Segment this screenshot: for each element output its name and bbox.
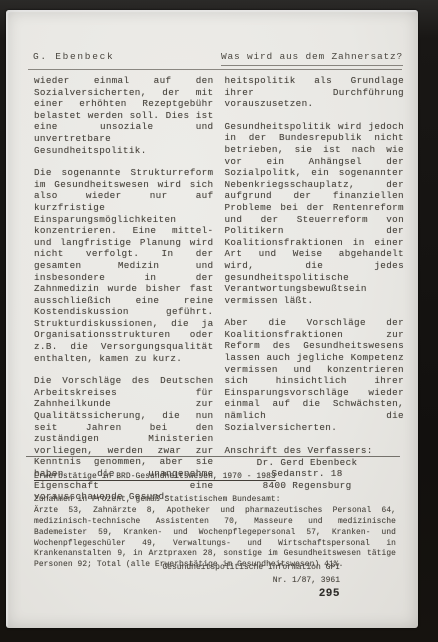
page-number: 295 <box>162 588 340 601</box>
header-author: G. Ebenbeck <box>33 51 114 62</box>
header-article-title: Was wird aus dem Zahnersatz? <box>221 51 403 66</box>
article-body: wieder einmal auf den Sozialversicherten… <box>34 75 404 514</box>
header-rule <box>28 69 402 70</box>
stats-intro: Zunahmen in Prozent, gemäß Statistischem… <box>34 495 396 506</box>
stats-section: Erwerbstätige in BRD-Gesundheitswesen, 1… <box>34 472 396 571</box>
paragraph: heitspolitik als Grundlage ihrer Durchfü… <box>225 75 405 110</box>
paragraph: wieder einmal auf den Sozialversicherten… <box>34 75 214 156</box>
article-left-column: wieder einmal auf den Sozialversicherten… <box>34 75 214 514</box>
journal-name: Gesundheitspolitische Information GPI <box>162 562 340 575</box>
article-right-column: heitspolitik als Grundlage ihrer Durchfü… <box>225 75 405 514</box>
scanned-paper: G. Ebenbeck Was wird aus dem Zahnersatz?… <box>6 10 418 628</box>
page-header: G. Ebenbeck Was wird aus dem Zahnersatz? <box>33 51 403 66</box>
paragraph: Gesundheitspolitik wird jedoch in der Bu… <box>225 121 405 307</box>
stats-heading: Erwerbstätige in BRD-Gesundheitswesen, 1… <box>34 472 396 483</box>
section-divider-rule <box>26 456 400 457</box>
paragraph: Die sogenannte Strukturreform im Gesundh… <box>34 167 214 364</box>
issue-number: Nr. 1/87, 3961 <box>162 575 340 588</box>
paragraph: Aber die Vorschläge der Koalitionsfrakti… <box>225 317 405 433</box>
journal-footer: Gesundheitspolitische Information GPI Nr… <box>162 562 340 601</box>
address-line: Dr. Gerd Ebenbeck <box>225 457 390 469</box>
